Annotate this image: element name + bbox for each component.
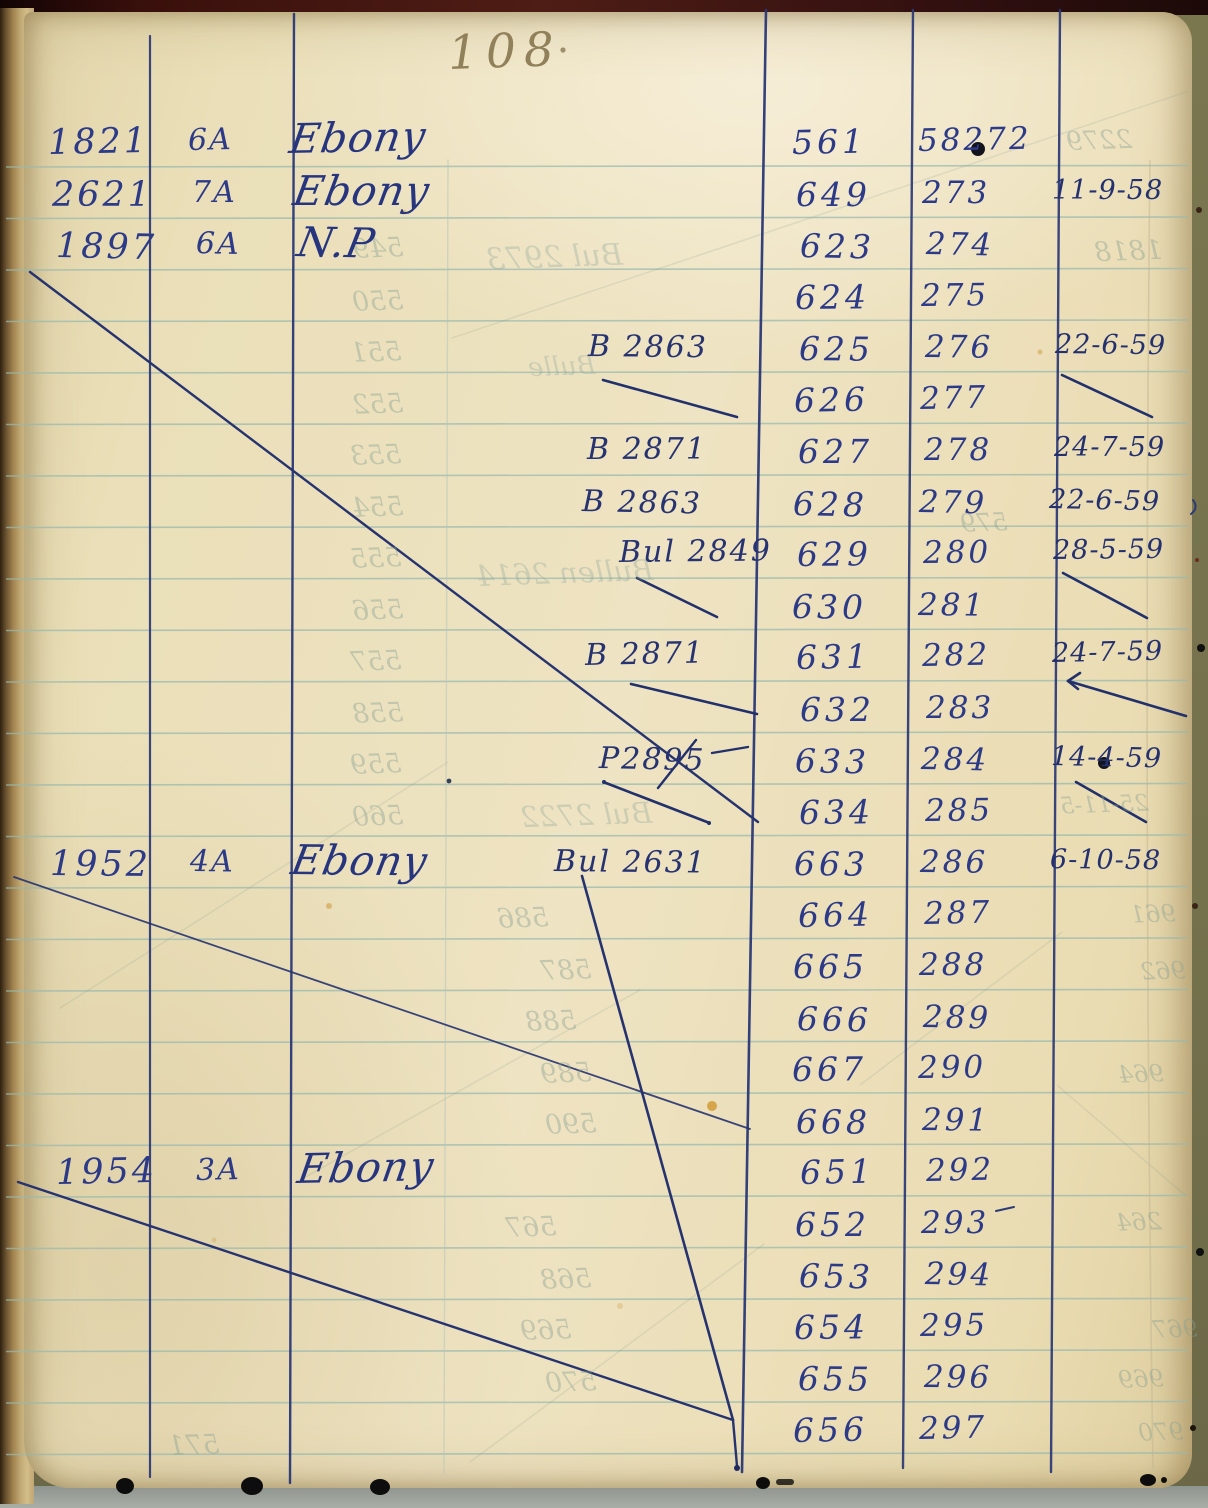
bleedthrough-text: 557 [349,645,402,678]
cell-num2: 278 [924,432,992,468]
bleedthrough-text: 587 [539,954,592,987]
cell-num2: 288 [919,947,987,983]
cell-num2: 282 [922,637,991,674]
cell-num1: 630 [792,587,867,627]
cell-date: 22-6-59 [1049,484,1161,517]
cell-num2: 286 [920,844,989,881]
torn-edge-specks [1190,207,1205,1431]
cell-num2: 276 [925,329,994,366]
cell-num2: 292 [926,1152,995,1189]
cell-num2: 294 [925,1256,994,1293]
cell-grade: 4A [190,844,235,879]
bleedthrough-text: 264 [1116,1207,1163,1237]
bleedthrough-text: 552 [351,388,404,421]
cell-num2: 287 [924,894,993,931]
bleedthrough-text: 559 [349,748,402,781]
binding-marks-bottom [116,1474,1167,1495]
cell-plot: B 2871 [587,432,707,467]
cell-species: N.P [293,218,379,268]
cell-num2: 281 [918,587,987,624]
cell-num1: 649 [796,175,871,214]
cell-date: 6-10-58 [1050,844,1161,876]
cell-num1: 666 [797,999,873,1040]
cell-plot: B 2871 [585,635,706,673]
cell-serial: 1954 [56,1151,158,1193]
cell-serial: 1952 [50,844,151,885]
cell-date: 11-9-58 [1052,175,1163,206]
cell-grade: 3A [196,1152,241,1188]
cell-num1: 632 [800,690,875,729]
bleedthrough-diagonal-lines [60,92,1186,1462]
bleedthrough-text: 25-11-5 [1060,790,1150,819]
cell-species: Ebony [294,1142,437,1193]
cell-serial: 1897 [56,226,158,268]
bleedthrough-text: 568 [539,1263,592,1296]
bleedthrough-text: 555 [349,542,402,575]
bleedthrough-text: 570 [544,1366,597,1399]
cell-num1: 561 [792,121,868,162]
cell-num1: 629 [797,534,872,574]
bleedthrough-text: 964 [1118,1059,1165,1089]
cell-num1: 654 [794,1307,869,1347]
cell-num1: 634 [799,792,874,832]
page-number: 108 [447,22,563,81]
bleedthrough-text: 586 [496,902,549,935]
bleedthrough-text: Bul 2973 [485,238,623,278]
bleedthrough-text: 969 [1118,1364,1165,1394]
cell-plot: Bul 2631 [554,844,707,881]
cell-num1: 625 [799,329,874,369]
cell-plot: P2895 [599,741,706,778]
bleedthrough-text: 569 [519,1314,572,1347]
cell-num1: 623 [800,226,876,267]
bleedthrough-text: 970 [1138,1417,1185,1447]
cell-num1: 627 [798,432,873,471]
bleedthrough-text: 962 [1140,956,1187,986]
cell-num1: 624 [795,277,870,317]
bleedthrough-text: 556 [351,594,404,627]
cell-serial: 1821 [48,121,150,163]
cell-num2: 58272 [918,121,1032,159]
bleedthrough-text: 967 [1152,1314,1199,1344]
bleedthrough-text: 558 [351,697,404,730]
cell-grade: 6A [196,226,241,262]
bleedthrough-text: 589 [539,1057,592,1090]
cell-num1: 656 [793,1409,869,1450]
cell-num1: 667 [792,1049,867,1089]
cell-serial: 2621 [52,175,153,215]
cell-num2: 295 [920,1307,989,1344]
bleedthrough-text: 2279 [1065,125,1132,157]
cell-num1: 651 [800,1151,876,1192]
bleedthrough-text: Bulle [527,351,596,383]
cell-num2: 289 [923,999,992,1036]
cell-num1: 633 [795,741,871,782]
cell-num1: 663 [794,844,869,884]
cell-num2: 293 [921,1205,989,1241]
cell-num1: 668 [796,1102,871,1142]
cell-num1: 653 [799,1256,875,1297]
cell-num1: 652 [795,1205,870,1244]
cell-num1: 631 [796,636,872,677]
bleedthrough-text: 554 [351,491,404,524]
cell-num2: 274 [926,226,995,263]
cell-num2: 284 [921,741,990,778]
scanned-ledger-page: 2279181854955055155255355455555655755855… [0,0,1208,1508]
cell-plot: B 2863 [588,329,708,365]
cell-date: 28-5-59 [1053,534,1164,566]
bleedthrough-text: 590 [544,1108,597,1141]
bleedthrough-text: 961 [1130,899,1177,929]
cell-num1: 628 [793,484,869,525]
cell-species: Ebony [290,167,434,215]
bleedthrough-text: 571 [167,1429,220,1462]
cell-num1: 665 [793,947,868,986]
cell-num2: 279 [919,484,988,521]
bleedthrough-text: 588 [524,1005,577,1038]
cell-date: 24-7-59 [1054,432,1165,463]
cell-date: 14-4-59 [1051,741,1163,774]
bleedthrough-text: 560 [351,800,404,833]
bleedthrough-text: Bul 2722 [519,796,652,835]
cell-num1: 664 [798,894,874,935]
cell-num2: 283 [926,690,994,726]
cell-num2: 297 [919,1409,988,1446]
cell-plot: Bul 2849 [619,533,772,570]
cell-num2: 275 [921,277,990,314]
bleedthrough-text: 1818 [1093,235,1163,268]
cell-num2: 280 [923,534,992,571]
cell-grade: 7A [192,175,237,210]
cell-num1: 626 [794,379,870,420]
cell-plot: B 2863 [582,484,703,522]
bleedthrough-text: 567 [504,1211,557,1244]
bleedthrough-text: 551 [349,336,402,369]
cell-date: 24-7-59 [1052,636,1164,669]
cell-num2: 290 [918,1049,987,1086]
cell-date: 22-6-59 [1055,329,1166,361]
bleedthrough-text: 553 [349,439,402,472]
cell-grade: 6A [188,122,233,158]
cell-species: Ebony [288,836,432,885]
cell-num2: 277 [920,379,989,416]
cell-num2: 296 [924,1359,993,1396]
cell-species: Ebony [286,112,429,163]
bleedthrough-text: 550 [351,285,404,318]
cell-num1: 655 [798,1359,873,1399]
cell-num2: 285 [925,792,994,829]
cell-num2: 273 [922,175,990,211]
cell-num2: 291 [922,1102,991,1139]
